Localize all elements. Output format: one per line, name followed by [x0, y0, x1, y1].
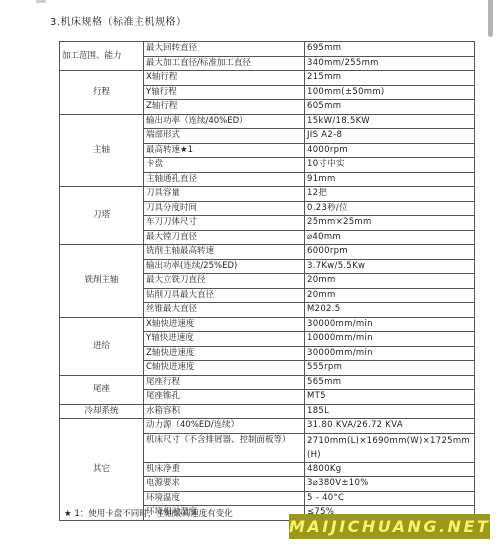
item-cell: 刀具容量 [144, 187, 305, 202]
value-cell: JIS A2-8 [305, 129, 475, 144]
item-cell: 动力源（40%ED/连续） [144, 419, 305, 434]
value-cell: 20mm [305, 274, 475, 289]
value-cell: 3.7Kw/5.5Kw [305, 259, 475, 274]
category-cell: 冷却系统 [60, 404, 144, 419]
table-row: 刀塔 刀具容量 12把 [60, 187, 475, 202]
value-cell: 555rpm [305, 361, 475, 376]
item-cell: Z轴行程 [144, 100, 305, 115]
category-cell: 行程 [60, 71, 144, 115]
value-cell: 2710mm(L)×1690mm(W)×1725mm(H) [305, 433, 475, 462]
item-cell: 车刀刀体尺寸 [144, 216, 305, 231]
top-edge-tab [36, 0, 46, 3]
value-cell: 565mm [305, 375, 475, 390]
item-cell: 刀具分度时间 [144, 201, 305, 216]
value-cell: ⌀40mm [305, 230, 475, 245]
item-cell: Z轴快进速度 [144, 346, 305, 361]
category-cell: 其它 [60, 419, 144, 521]
item-cell: 水箱容积 [144, 404, 305, 419]
watermark-banner: MAIJICHUANG.NET [289, 514, 490, 539]
category-cell: 尾座 [60, 375, 144, 404]
value-cell: MT5 [305, 390, 475, 405]
value-cell: 215mm [305, 71, 475, 86]
table-row: 主轴 输出功率（连续/40%ED） 15kW/18.5KW [60, 114, 475, 129]
item-cell: 卡盘 [144, 158, 305, 173]
item-cell: 尾座行程 [144, 375, 305, 390]
item-cell: 最高转速★1 [144, 143, 305, 158]
value-cell: 5 - 40°C [305, 491, 475, 506]
value-cell: 605mm [305, 100, 475, 115]
table-row: 冷却系统 水箱容积 185L [60, 404, 475, 419]
value-cell: 340mm/255mm [305, 56, 475, 71]
item-cell: 电源要求 [144, 477, 305, 492]
value-cell: 10000mm/min [305, 332, 475, 347]
item-cell: 机床净重 [144, 462, 305, 477]
table-row: 铣削主轴 铣削主轴最高转速 6000rpm [60, 245, 475, 260]
item-cell: 最大加工直径/标准加工直径 [144, 56, 305, 71]
item-cell: 最大镗刀直径 [144, 230, 305, 245]
item-cell: 输出功率（连续/40%ED） [144, 114, 305, 129]
spec-table: 加工范围、能力 最大回转直径 695mm 最大加工直径/标准加工直径 340mm… [59, 41, 475, 521]
item-cell: 输出功率(连续/25%ED) [144, 259, 305, 274]
value-cell: 10寸中实 [305, 158, 475, 173]
category-cell: 加工范围、能力 [60, 42, 144, 71]
item-cell: 主轴通孔直径 [144, 172, 305, 187]
value-cell: 185L [305, 404, 475, 419]
value-cell: 0.23秒/位 [305, 201, 475, 216]
item-cell: Y轴行程 [144, 85, 305, 100]
value-cell: M202.5 [305, 303, 475, 318]
item-cell: Y轴快进速度 [144, 332, 305, 347]
table-row: 其它 动力源（40%ED/连续） 31.80 KVA/26.72 KVA [60, 419, 475, 434]
value-cell: 100mm(±50mm) [305, 85, 475, 100]
category-cell: 主轴 [60, 114, 144, 187]
category-cell: 刀塔 [60, 187, 144, 245]
value-cell: 20mm [305, 288, 475, 303]
table-row: 加工范围、能力 最大回转直径 695mm [60, 42, 475, 57]
scrollbar-thumb[interactable] [488, 0, 493, 37]
item-cell: X轴行程 [144, 71, 305, 86]
value-cell: 91mm [305, 172, 475, 187]
table-row: 尾座 尾座行程 565mm [60, 375, 475, 390]
value-cell: 31.80 KVA/26.72 KVA [305, 419, 475, 434]
item-cell: 铣削主轴最高转速 [144, 245, 305, 260]
item-cell: C轴快进速度 [144, 361, 305, 376]
item-cell: 钻削刀具最大直径 [144, 288, 305, 303]
value-cell: 15kW/18.5KW [305, 114, 475, 129]
item-cell: 机床尺寸（不含排屑器、控制面板等） [144, 433, 305, 462]
value-cell: 4800Kg [305, 462, 475, 477]
value-cell: 695mm [305, 42, 475, 57]
value-cell: 25mm×25mm [305, 216, 475, 231]
item-cell: 最大立铣刀直径 [144, 274, 305, 289]
table-row: 进给 X轴快进速度 30000mm/min [60, 317, 475, 332]
value-cell: 3⌀380V±10% [305, 477, 475, 492]
category-cell: 铣削主轴 [60, 245, 144, 318]
section-title: 3.机床规格（标准主机规格） [50, 13, 187, 28]
value-cell: 30000mm/min [305, 317, 475, 332]
item-cell: 端部形式 [144, 129, 305, 144]
footnote: ★ 1：使用卡盘不同时，主轴最高速度有变化 [64, 507, 233, 519]
item-cell: X轴快进速度 [144, 317, 305, 332]
category-cell: 进给 [60, 317, 144, 375]
table-row: 行程 X轴行程 215mm [60, 71, 475, 86]
item-cell: 丝锥最大直径 [144, 303, 305, 318]
item-cell: 尾座锥孔 [144, 390, 305, 405]
value-cell: 6000rpm [305, 245, 475, 260]
value-cell: 30000mm/min [305, 346, 475, 361]
item-cell: 最大回转直径 [144, 42, 305, 57]
item-cell: 环境温度 [144, 491, 305, 506]
value-cell: 12把 [305, 187, 475, 202]
value-cell: 4000rpm [305, 143, 475, 158]
